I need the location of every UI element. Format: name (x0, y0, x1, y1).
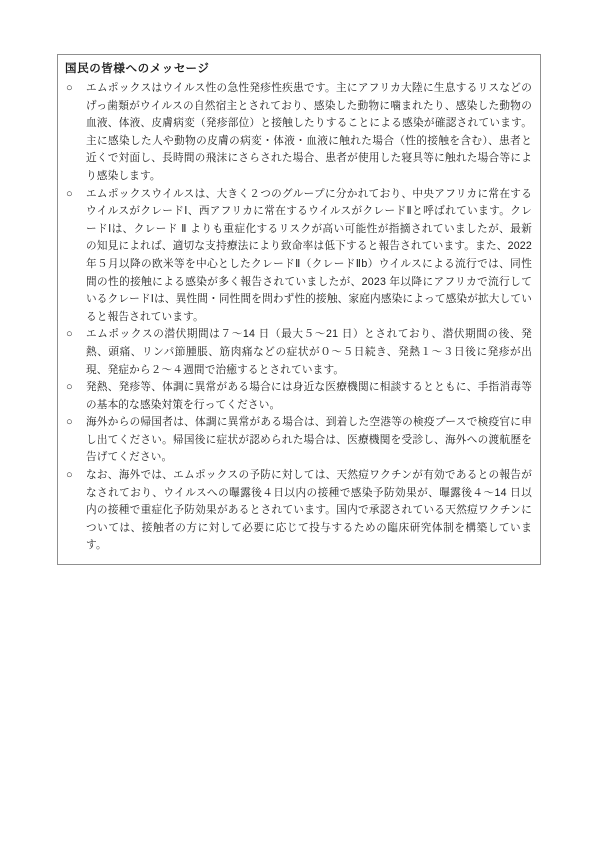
bullet-item-overview: ○ エムポックスはウイルス性の急性発疹性疾患です。主にアフリカ大陸に生息するリス… (65, 80, 532, 186)
bullet-text: 海外からの帰国者は、体調に異常がある場合は、到着した空港等の検疫ブースで検疫官に… (86, 416, 532, 463)
bullet-item-consultation: ○ 発熱、発疹等、体調に異常がある場合には身近な医療機関に相談するとともに、手指… (65, 379, 532, 414)
bullet-item-clades: ○ エムポックスウイルスは、大きく２つのグループに分かれており、中央アフリカに常… (65, 186, 532, 327)
circle-bullet-icon: ○ (66, 414, 73, 432)
citizens-message-box: 国民の皆様へのメッセージ ○ エムポックスはウイルス性の急性発疹性疾患です。主に… (57, 54, 541, 565)
circle-bullet-icon: ○ (66, 467, 73, 485)
bullet-item-vaccine: ○ なお、海外では、エムポックスの予防に対しては、天然痘ワクチンが有効であるとの… (65, 467, 532, 555)
circle-bullet-icon: ○ (66, 80, 73, 98)
circle-bullet-icon: ○ (66, 326, 73, 344)
bullet-item-incubation: ○ エムポックスの潜伏期間は７～14 日（最大５～21 日）とされており、潜伏期… (65, 326, 532, 379)
message-box-title: 国民の皆様へのメッセージ (65, 59, 532, 79)
bullet-text: なお、海外では、エムポックスの予防に対しては、天然痘ワクチンが有効であるとの報告… (86, 469, 532, 551)
document-page: 国民の皆様へのメッセージ ○ エムポックスはウイルス性の急性発疹性疾患です。主に… (0, 0, 595, 841)
bullet-text: エムポックスウイルスは、大きく２つのグループに分かれており、中央アフリカに常在す… (86, 188, 532, 323)
bullet-item-returnees: ○ 海外からの帰国者は、体調に異常がある場合は、到着した空港等の検疫ブースで検疫… (65, 414, 532, 467)
bullet-text: 発熱、発疹等、体調に異常がある場合には身近な医療機関に相談するとともに、手指消毒… (86, 381, 532, 411)
message-bullet-list: ○ エムポックスはウイルス性の急性発疹性疾患です。主にアフリカ大陸に生息するリス… (65, 80, 532, 555)
circle-bullet-icon: ○ (66, 186, 73, 204)
bullet-text: エムポックスの潜伏期間は７～14 日（最大５～21 日）とされており、潜伏期間の… (86, 328, 532, 375)
bullet-text: エムポックスはウイルス性の急性発疹性疾患です。主にアフリカ大陸に生息するリスなど… (86, 82, 532, 182)
circle-bullet-icon: ○ (66, 379, 73, 397)
